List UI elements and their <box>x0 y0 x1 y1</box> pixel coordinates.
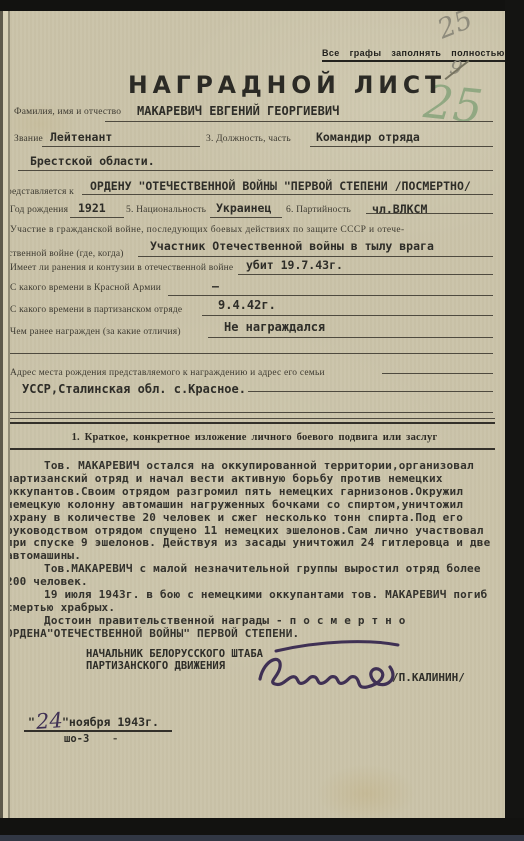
section-header: 1. Краткое, конкретное изложение личного… <box>10 432 499 443</box>
rule-line <box>382 373 493 374</box>
rule-line <box>10 418 495 419</box>
rule-line <box>248 391 493 392</box>
rule-line <box>168 295 493 296</box>
citation-text: Тов. МАКАРЕВИЧ остался на оккупированной… <box>10 460 504 641</box>
scan-border-right <box>505 0 524 841</box>
field-war-service-value: Участник Отечественной войны в тылу враг… <box>150 239 434 253</box>
scan-artifact-line <box>0 835 524 841</box>
rule-line <box>10 448 495 450</box>
rule-line <box>10 422 495 424</box>
field-nationality-value: Украинец <box>216 201 271 215</box>
field-partisan-label: С какого времени в партизанском отряде <box>10 305 182 315</box>
rule-line <box>10 412 493 413</box>
rule-line <box>210 217 282 218</box>
dept-code-dash: - <box>112 733 118 745</box>
field-address-value: УССР,Сталинская обл. с.Красное. <box>22 382 246 396</box>
citation-paragraph: Тов. МАКАРЕВИЧ остался на оккупированной… <box>10 460 504 563</box>
date-typed-text: "ноября 1943г. <box>62 715 159 729</box>
rule-line <box>366 213 493 214</box>
signer-role-line2: ПАРТИЗАНСКОГО ДВИЖЕНИЯ <box>86 660 225 672</box>
field-address-label: Адрес места рождения представляемого к н… <box>10 368 325 378</box>
rule-line <box>208 337 493 338</box>
rule-line <box>10 353 493 354</box>
document-title: НАГРАДНОЙ ЛИСТ <box>128 71 446 99</box>
award-sheet-page: Все графы заполнять полностью 25 9 25 НА… <box>10 11 505 818</box>
rule-line <box>70 217 124 218</box>
rule-line <box>18 170 493 171</box>
field-war-service-label-1: Участие в гражданской войне, последующих… <box>10 225 405 235</box>
field-war-service-label-2: ственной войне (где, когда) <box>10 249 124 259</box>
field-wounds-label: Имеет ли ранения и контузии в отечествен… <box>10 263 233 273</box>
field-birth-year-value: 1921 <box>78 201 106 215</box>
field-name-label: Фамилия, имя и отчество <box>14 107 121 117</box>
field-nationality-label: 5. Национальность <box>126 205 206 215</box>
field-position-value-cont: Брестской области. <box>30 154 155 168</box>
fill-all-fields-stamp: Все графы заполнять полностью <box>322 48 505 62</box>
field-rank-label: Звание <box>14 134 43 144</box>
field-prev-awards-label: Чем ранее награжден (за какие отличия) <box>10 327 181 337</box>
dept-code: шо-3 <box>64 733 89 745</box>
rule-line <box>310 146 493 147</box>
scanned-award-sheet: { "colors":{"paper":"#cac3a9","scan_back… <box>0 0 524 841</box>
field-name-value: МАКАРЕВИЧ ЕВГЕНИЙ ГЕОРГИЕВИЧ <box>137 104 339 118</box>
field-position-label: 3. Должность, часть <box>206 134 291 144</box>
rule-line <box>82 194 493 195</box>
rule-line <box>138 256 493 257</box>
rule-line <box>105 121 493 122</box>
handwritten-signature <box>238 631 423 703</box>
field-wounds-value: убит 19.7.43г. <box>246 258 343 272</box>
field-position-value: Командир отряда <box>316 130 420 144</box>
rule-line <box>24 730 172 732</box>
scan-border-top <box>0 0 524 11</box>
date-open-quote: " <box>28 715 35 729</box>
field-red-army-label: С какого времени в Красной Армии <box>10 283 161 293</box>
field-submitted-label: Представляется к <box>10 187 74 197</box>
rule-line <box>42 146 200 147</box>
field-birth-year-label: Год рождения <box>10 205 68 215</box>
field-rank-value: Лейтенант <box>50 130 112 144</box>
citation-paragraph: Тов.МАКАРЕВИЧ с малой незначительной гру… <box>10 563 504 589</box>
signer-role-line1: НАЧАЛЬНИК БЕЛОРУССКОГО ШТАБА <box>86 648 263 660</box>
field-party-label: 6. Партийность <box>286 205 351 215</box>
rule-line <box>202 315 493 316</box>
book-page-edge <box>0 10 10 832</box>
rule-line <box>238 274 493 275</box>
field-submitted-value: ОРДЕНУ "ОТЕЧЕСТВЕННОЙ ВОЙНЫ "ПЕРВОЙ СТЕП… <box>90 179 471 193</box>
signer-typed-name: /П.КАЛИНИН/ <box>392 671 465 684</box>
citation-paragraph: 19 июля 1943г. в бою с немецкими оккупан… <box>10 589 504 615</box>
field-red-army-value: – <box>212 279 219 293</box>
field-prev-awards-value: Не награждался <box>224 320 325 334</box>
field-partisan-value: 9.4.42г. <box>218 298 276 312</box>
pencil-page-number: 25 <box>433 11 476 45</box>
